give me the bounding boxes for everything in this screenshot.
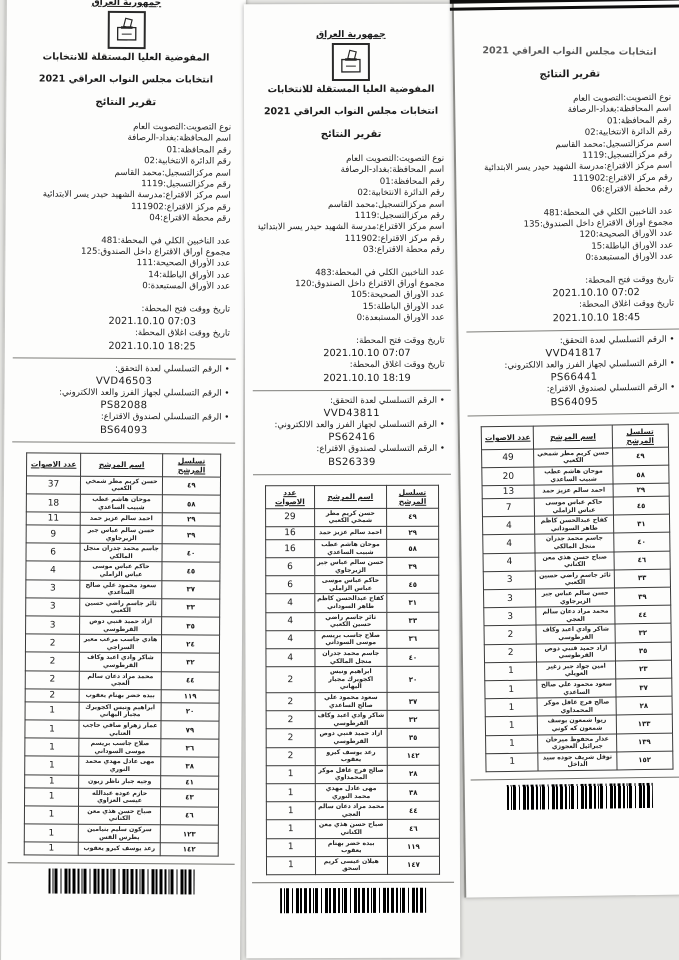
candidate-name-cell: صباح حسن هذي معن الكناني — [535, 552, 614, 571]
candidate-serial-cell: ٤١ — [160, 775, 218, 788]
stat-line: عدد الأوراق المستبعدة:0 — [259, 313, 445, 325]
candidate-name-cell: حسن كريم مطر شمخي الكعبي — [314, 508, 387, 526]
vote-count-cell: 7 — [482, 498, 534, 517]
candidate-serial-cell: ١٣٣ — [616, 715, 672, 734]
candidate-serial-cell: ٣٣ — [162, 599, 220, 618]
vote-count-cell: 1 — [486, 716, 538, 735]
candidate-serial-cell: ١٢٣ — [160, 825, 218, 844]
candidate-name-cell: وجيه جبار ناظر زبون — [79, 775, 161, 788]
candidate-name-cell: حازم عوده عبدالله عيسى العزاوي — [79, 788, 161, 807]
result-row: ٢٤هادي جاسب مرعب معير السراجي2 — [25, 634, 219, 653]
page-content: انتخابات مجلس النواب العراقي 2021 تقرير … — [454, 0, 679, 817]
result-report-page-station-04: جمهورية العراق المفوضية العليا المستقلة … — [0, 0, 246, 960]
result-report-page-station-06: انتخابات مجلس النواب العراقي 2021 تقرير … — [452, 0, 679, 898]
candidate-serial-cell: ٣٦ — [161, 739, 219, 758]
candidate-serial-cell: ٣٧ — [387, 692, 439, 710]
results-header-row: تسلسل المرشح اسم المرشح عدد الاصوات — [266, 485, 439, 508]
candidate-name-cell: موحان هاشم عطب شبيب الساعدي — [534, 466, 613, 485]
report-title: تقرير النتائج — [461, 68, 679, 82]
result-row: ١١٩بيده خضر بهنام يعقوب2 — [25, 689, 219, 703]
col-header-candidate-name: اسم المرشح — [81, 453, 163, 476]
candidate-serial-cell: ٢٤ — [161, 635, 219, 654]
detail-line: رقم محطة الاقتراع:06 — [470, 184, 672, 198]
candidate-serial-cell: ٢٨ — [387, 765, 439, 783]
result-row: ٤٣حازم عوده عبدالله عيسى العزاوي1 — [24, 787, 218, 806]
col-header-candidate-serial: تسلسل المرشح — [612, 424, 668, 448]
candidate-name-cell: بيده خضر بهنام يعقوب — [315, 838, 388, 856]
col-header-candidate-name: اسم المرشح — [314, 485, 387, 508]
candidate-name-cell: ازاد حميد قنبي دوص القرطوسي — [537, 643, 616, 662]
stat-line: عدد الأوراق المستبعدة:0 — [471, 252, 673, 266]
result-row: ٤٦صباح حسن هذي معن الكناني1 — [24, 806, 218, 825]
result-row: ٢٨صالح فرج غافل موكر المحمداوي1 — [266, 765, 439, 784]
vote-count-cell: 1 — [267, 838, 315, 856]
result-row: ١١٩بيده خضر بهنام يعقوب1 — [267, 838, 440, 857]
vote-count-cell: 4 — [483, 535, 535, 554]
close-time-value: 2021.10.10 18:45 — [472, 310, 674, 326]
candidate-serial-cell: ٣٢ — [387, 710, 439, 728]
candidate-name-cell: حسن كريم مطر شمخي الكعبي — [81, 476, 163, 495]
vote-count-cell: 2 — [25, 634, 80, 653]
barcode — [48, 869, 194, 895]
candidate-name-cell: احمد سالم عزيز حمد — [314, 526, 387, 539]
result-row: ١٤٢رعد يوسف كيرو يعقوب2 — [266, 747, 439, 766]
result-row: ٤٥حاكم عباس موسى عباس الزاملي4 — [26, 561, 220, 580]
candidate-name-cell: رعد يوسف كيرو يعقوب — [78, 842, 160, 855]
commission-name: المفوضية العليا المستقلة للانتخابات — [250, 84, 452, 96]
candidate-name-cell: رعد يوسف كيرو يعقوب — [315, 747, 388, 765]
serial-value-ballot_box: BS26339 — [259, 455, 445, 468]
result-row: ٢٠ابراهيم ونيس اكجويرك مجيار اليهاني1 — [25, 702, 219, 721]
candidate-serial-cell: ١١٩ — [387, 838, 439, 856]
candidate-serial-cell: ٣٨ — [161, 757, 219, 776]
candidate-name-cell: محمد مراد دعان سالم العجي — [79, 671, 161, 690]
barcode-section — [7, 862, 234, 901]
stat-line: عدد الأوراق الباطلة:15 — [259, 302, 445, 314]
vote-count-cell: 20 — [482, 467, 534, 486]
candidate-serial-cell: ٣٧ — [162, 580, 220, 599]
result-row: ٣٦صلاح جاسب بريسم موسى السوداني1 — [25, 738, 219, 757]
candidate-serial-cell: ٣١ — [387, 594, 439, 612]
results-table: تسلسل المرشح اسم المرشح عدد الاصوات ٤٩حس… — [265, 484, 440, 875]
serial-value-ballot_box: BS64095 — [473, 394, 675, 410]
col-header-candidate-serial: تسلسل المرشح — [162, 453, 220, 476]
barcode — [507, 783, 653, 810]
candidate-serial-cell: ٥٨ — [613, 465, 669, 484]
vote-count-cell: 16 — [266, 527, 314, 540]
candidate-serial-cell: ٤٩ — [387, 508, 439, 526]
candidate-name-cell: مهى عادل مهدي محمد النوري — [79, 757, 161, 776]
serial-numbers: • الرقم التسلسلي لعدة التحقق:VVD43811• ا… — [251, 395, 453, 469]
candidate-name-cell: ازاد حميد قنبي دوص القرطوسي — [315, 729, 388, 747]
result-row: ٤١وجيه جبار ناظر زبون1 — [25, 774, 219, 788]
candidate-serial-cell: ٣٥ — [615, 642, 671, 661]
result-report-page-station-03: جمهورية العراق المفوضية العليا المستقلة … — [244, 4, 460, 959]
candidate-serial-cell: ٥٨ — [387, 539, 439, 557]
vote-count-cell: 3 — [25, 616, 80, 635]
candidate-name-cell: سعود محمود علي صالح الساعدي — [80, 580, 162, 599]
results-table: تسلسل المرشح اسم المرشح عدد الاصوات ٤٩حس… — [24, 452, 222, 857]
vote-count-cell: 4 — [26, 561, 81, 580]
candidate-name-cell: حاكم عباس موسى عباس الزاملي — [80, 562, 162, 581]
station-details: نوع التصويت:التصويت العاماسم المحافظة:بغ… — [12, 121, 240, 225]
vote-count-cell: 3 — [26, 598, 81, 617]
serial-value-counting_device: PS62416 — [259, 431, 445, 444]
candidate-name-cell: شاكر وادي اعبد وكاف القرطوسي — [536, 624, 615, 643]
candidate-serial-cell: ٤٦ — [614, 551, 670, 570]
result-row: ٣٣ثائر جاسم راضي حسين الكعبي4 — [266, 612, 439, 631]
candidate-serial-cell: ٤٠ — [162, 544, 220, 563]
candidate-name-cell: عمار زهراو صافي حاجب العتابي — [79, 720, 161, 739]
candidate-name-cell: موحان هاشم عطب شبيب الساعدي — [81, 494, 163, 513]
candidate-serial-cell: ١٣٩ — [616, 733, 672, 752]
candidate-serial-cell: ٤٤ — [615, 605, 671, 624]
candidate-name-cell: سعود محمود علي صالح الساعدي — [537, 679, 616, 698]
result-row: ٤٥حاكم عباس موسى عباس الزاملي6 — [266, 576, 439, 595]
vote-count-cell: 1 — [24, 842, 78, 855]
vote-count-cell: 1 — [24, 806, 79, 825]
result-row: ٣٨مهى عادل مهدي محمد النوري1 — [25, 756, 219, 775]
result-row: ٣٣ثائر جاسم راضي حسين الكعبي3 — [26, 598, 220, 617]
candidate-name-cell: سركون سليم بنيامين بطرس القس — [79, 824, 161, 843]
result-row: ٣٧سعود محمود علي صالح الساعدي3 — [26, 580, 220, 599]
ihec-ballot-box-icon — [332, 43, 370, 81]
station-details: نوع التصويت:التصويت العاماسم المحافظة:بغ… — [250, 154, 452, 257]
country-title: جمهورية العراق — [13, 0, 240, 9]
candidate-name-cell: شاكر وادي اعبد وكاف القرطوسي — [315, 711, 388, 729]
station-statistics: عدد الناخبين الكلي في المحطة:483مجموع أو… — [250, 267, 452, 325]
vote-count-cell: 1 — [267, 820, 315, 838]
candidate-serial-cell: ٤٥ — [162, 562, 220, 581]
detail-line: اسم المحافظة:بغداد-الرصافة — [258, 165, 444, 177]
candidate-name-cell: صالح فرج غافل موكر المحمداوي — [538, 697, 617, 716]
vote-count-cell: 1 — [25, 774, 79, 787]
vote-count-cell: 1 — [267, 856, 315, 874]
barcode-section — [252, 882, 454, 921]
candidate-serial-cell: ٢٠ — [387, 666, 439, 692]
candidate-name-cell: ابراهيم ونيس اكجويرك مجيار اليهاني — [79, 702, 161, 721]
serial-label-counting_device: • الرقم التسلسلي لجهاز الفرز والعد الالك… — [259, 420, 445, 432]
vote-count-cell: 4 — [483, 516, 535, 535]
vote-count-cell: 6 — [26, 543, 81, 562]
page-content: جمهورية العراق المفوضية العليا المستقلة … — [244, 4, 460, 920]
result-row: ٤٠جاسم محمد جدران منجل المالكي4 — [266, 648, 439, 667]
close-time-label: تاريخ ووقت اغلاق المحطة: — [259, 360, 445, 372]
candidate-serial-cell: ٢٠ — [161, 703, 219, 722]
vote-count-cell: 16 — [266, 540, 314, 558]
divider-line — [13, 357, 236, 359]
stat-line: عدد الناخبين الكلي في المحطة:483 — [258, 267, 444, 279]
result-row: ٤٦صباح حسن هذي معن الكناني1 — [267, 820, 440, 839]
vote-count-cell: 6 — [266, 576, 314, 594]
candidate-serial-cell: ١١٩ — [161, 690, 219, 703]
page-content: جمهورية العراق المفوضية العليا المستقلة … — [1, 0, 246, 902]
serial-value-ballot_box: BS64093 — [18, 423, 229, 437]
vote-count-cell: 11 — [26, 512, 80, 525]
vote-count-cell: 2 — [25, 671, 80, 690]
candidate-serial-cell: ٣٢ — [615, 624, 671, 643]
election-title-partial: انتخابات مجلس النواب العراقي 2021 — [460, 45, 678, 58]
barcode-section — [471, 776, 679, 817]
commission-name: المفوضية العليا المستقلة للانتخابات — [13, 51, 240, 63]
detail-line: اسم مركزالتسجيل:محمد القاسم — [258, 199, 444, 211]
divider-line — [12, 441, 235, 443]
vote-count-cell: 1 — [266, 765, 314, 783]
vote-count-cell: 37 — [26, 476, 81, 495]
candidate-name-cell: حاكم عباس موسى عباس الزاملي — [314, 576, 387, 594]
result-row: ٤٤محمد مراد دعان سالم العجي1 — [266, 801, 439, 820]
candidate-serial-cell: ٤٠ — [614, 533, 670, 552]
candidate-serial-cell: ٣٣ — [387, 612, 439, 630]
vote-count-cell: 1 — [486, 753, 538, 772]
candidate-name-cell: صباح حسن هذي معن الكناني — [79, 806, 161, 825]
vote-count-cell: 3 — [484, 571, 536, 590]
candidate-serial-cell: ٤٣ — [160, 788, 218, 807]
candidate-serial-cell: ٤٦ — [387, 820, 439, 838]
candidate-serial-cell: ٤٦ — [160, 806, 218, 825]
candidate-name-cell: كفاح عبدالحسن كاظم طاهر السوداني — [314, 594, 387, 612]
result-row: ٣٢شاكر وادي اعبد وكاف القرطوسي2 — [25, 652, 219, 671]
detail-line: رقم محطة الاقتراع:04 — [20, 213, 231, 226]
vote-count-cell: 3 — [484, 607, 536, 626]
vote-count-cell: 1 — [24, 824, 79, 843]
vote-count-cell: 1 — [266, 802, 314, 820]
candidate-name-cell: هيلان عيسى كريم اسحق — [315, 856, 388, 874]
candidate-serial-cell: ٤٩ — [612, 447, 668, 466]
close-time-value: 2021.10.10 18:25 — [19, 339, 230, 353]
ihec-ballot-box-icon — [107, 11, 145, 49]
candidate-serial-cell: ٣٧ — [616, 678, 672, 697]
candidate-serial-cell: ٥٨ — [162, 495, 220, 514]
vote-count-cell: 2 — [25, 652, 80, 671]
open-time-value: 2021.10.10 07:07 — [259, 347, 445, 360]
vote-count-cell: 4 — [266, 630, 314, 648]
result-row: ٢٩احمد سالم عزيز حمد11 — [26, 512, 220, 526]
vote-count-cell: 2 — [25, 689, 79, 702]
candidate-serial-cell: ١٥٢ — [617, 751, 673, 770]
election-title: انتخابات مجلس النواب العراقي 2021 — [250, 106, 452, 118]
open-close-times: تاريخ ووقت فتح المحطة:2021.10.10 07:02تا… — [464, 274, 679, 326]
station-statistics: عدد الناخبين الكلي في المحطة:481مجموع أو… — [11, 235, 238, 293]
vote-count-cell: 18 — [26, 494, 81, 513]
vote-count-cell: 3 — [26, 580, 81, 599]
result-row: ١٤٧هيلان عيسى كريم اسحق1 — [267, 856, 440, 875]
results-table: تسلسل المرشح اسم المرشح عدد الاصوات ٤٩حس… — [481, 423, 673, 772]
detail-line: رقم مركزالتسجيل:1119 — [258, 211, 444, 223]
barcode — [280, 888, 426, 913]
candidate-serial-cell: ٤٥ — [613, 496, 669, 515]
stat-line: عدد الأوراق المستبعدة:0 — [19, 281, 230, 294]
candidate-name-cell: حسن سالم عباس جبر الزيرجاوي — [536, 588, 615, 607]
report-title: تقرير النتائج — [12, 96, 239, 108]
candidate-serial-cell: ٤٥ — [387, 576, 439, 594]
candidate-name-cell: ثائر جاسم راضي حسين الكعبي — [314, 612, 387, 630]
report-header: جمهورية العراق المفوضية العليا المستقلة … — [250, 30, 452, 118]
candidate-serial-cell: ٤٩ — [162, 476, 220, 495]
candidate-serial-cell: ٣٩ — [387, 557, 439, 575]
report-header: جمهورية العراق المفوضية العليا المستقلة … — [12, 0, 240, 86]
result-row: ٢٩احمد سالم عزيز حمد16 — [266, 526, 439, 539]
result-row: ٥٨موحان هاشم عطب شبيب الساعدي16 — [266, 539, 439, 558]
result-row: ٧٩عمار زهراو صافي حاجب العتابي1 — [25, 720, 219, 739]
candidate-name-cell: ازاد حميد قنبي دوص القرطوسي — [80, 616, 162, 635]
station-details: نوع التصويت:التصويت العاماسم المحافظة:بغ… — [461, 92, 679, 198]
vote-count-cell: 1 — [25, 738, 80, 757]
result-row: ٣٥ازاد حميد قنبي دوص القرطوسي3 — [25, 616, 219, 635]
candidate-name-cell: هادي جاسب مرعب معير السراجي — [80, 634, 162, 653]
vote-count-cell: 1 — [486, 735, 538, 754]
candidate-serial-cell: ٣٩ — [162, 526, 220, 545]
detail-line: رقم المحافظة:01 — [258, 177, 444, 189]
candidate-serial-cell: ٢٩ — [162, 513, 220, 526]
result-row: ٣٧سعود محمود علي صالح الساعدي2 — [266, 692, 439, 711]
result-row: ١٤٢رعد يوسف كيرو يعقوب1 — [24, 842, 218, 856]
vote-count-cell: 1 — [485, 662, 537, 681]
candidate-name-cell: محمد مراد دعان سالم العجي — [315, 802, 388, 820]
candidate-name-cell: ابراهيم ونيس اكجويرك مجيار اليهاني — [315, 667, 388, 693]
result-row: ٣١كفاح عبدالحسن كاظم طاهر السوداني4 — [266, 594, 439, 613]
candidate-name-cell: نوفل شريف جوده سيد الداخل — [538, 752, 617, 771]
result-row: ١٥٢نوفل شريف جوده سيد الداخل1 — [486, 751, 673, 772]
candidate-name-cell: صلاح جاسب بريسم موسى السوداني — [79, 738, 161, 757]
open-close-times: تاريخ ووقت فتح المحطة:2021.10.10 07:07تا… — [251, 335, 453, 384]
results-header-row: تسلسل المرشح اسم المرشح عدد الاصوات — [481, 424, 668, 450]
col-header-candidate-name: اسم المرشح — [534, 425, 613, 449]
close-time-value: 2021.10.10 18:19 — [259, 371, 445, 384]
result-row: ١٢٣سركون سليم بنيامين بطرس القس1 — [24, 824, 218, 843]
col-header-votes: عدد الاصوات — [481, 426, 534, 450]
candidate-name-cell: كفاح عبدالحسن كاظم طاهر السوداني — [535, 515, 614, 534]
station-statistics: عدد الناخبين الكلي في المحطة:481مجموع أو… — [463, 206, 679, 266]
vote-count-cell: 2 — [485, 644, 537, 663]
scanned-documents-canvas: جمهورية العراق المفوضية العليا المستقلة … — [0, 0, 679, 960]
result-row: ٥٨موحان هاشم عطب شبيب الساعدي18 — [26, 494, 220, 513]
candidate-name-cell: حسن كريم مطر شمخي الكعبي — [534, 448, 613, 467]
candidate-serial-cell: ٤٤ — [387, 801, 439, 819]
candidate-name-cell: صباح حسن هذي معن الكناني — [315, 820, 388, 838]
vote-count-cell: 29 — [266, 508, 314, 526]
divider-line — [466, 328, 679, 332]
vote-count-cell: 6 — [266, 558, 314, 576]
vote-count-cell: 49 — [482, 449, 534, 468]
open-close-times: تاريخ ووقت فتح المحطة:2021.10.10 07:03تا… — [11, 303, 238, 353]
candidate-serial-cell: ٤٤ — [161, 671, 219, 690]
candidate-name-cell: امين جواد جبر زغير العويلي — [537, 661, 616, 680]
vote-count-cell: 2 — [266, 711, 314, 729]
vote-count-cell: 4 — [266, 649, 314, 667]
candidate-name-cell: بيده خضر بهنام يعقوب — [79, 689, 161, 702]
candidate-name-cell: ثائر جاسم راضي حسين الكعبي — [80, 598, 162, 617]
divider-line — [253, 389, 451, 391]
detail-line: اسم مركز الاقتراع:مدرسة الشهيد حيدر يسر … — [20, 190, 231, 203]
vote-count-cell: 13 — [482, 485, 534, 499]
candidate-serial-cell: ٢٩ — [613, 483, 669, 497]
candidate-serial-cell: ٣٥ — [387, 729, 439, 747]
vote-count-cell: 2 — [266, 747, 314, 765]
divider-line — [468, 412, 679, 416]
vote-count-cell: 4 — [266, 594, 314, 612]
divider-line — [253, 473, 451, 475]
col-header-votes: عدد الاصوات — [266, 485, 314, 508]
results-header-row: تسلسل المرشح اسم المرشح عدد الاصوات — [26, 453, 220, 477]
serial-value-counting_device: PS82088 — [18, 399, 229, 413]
candidate-name-cell: محمد مراد دعان سالم العجي — [536, 606, 615, 625]
candidate-serial-cell: ١٤٢ — [160, 843, 218, 856]
result-row: ٣٢شاكر وادي اعبد وكاف القرطوسي2 — [266, 710, 439, 729]
serial-label-ballot_box: • الرقم التسلسلي لصندوق الاقتراع: — [259, 444, 445, 456]
candidate-name-cell: حاكم عباس موسى عباس الزاملي — [535, 497, 614, 516]
candidate-serial-cell: ٢٨ — [616, 696, 672, 715]
result-row: ٤٩حسن كريم مطر شمخي الكعبي29 — [266, 508, 439, 527]
vote-count-cell: 4 — [483, 553, 535, 572]
vote-count-cell: 2 — [484, 625, 536, 644]
result-row: ٣٨مهى عادل مهدي محمد النوري1 — [266, 783, 439, 802]
result-row: ٤٠جاسم محمد جدران منجل المالكي6 — [26, 543, 220, 562]
serial-numbers: • الرقم التسلسلي لعدة التحقق:VVD46503• ا… — [10, 363, 237, 438]
vote-count-cell: 1 — [485, 680, 537, 699]
candidate-name-cell: جاسم محمد جدران منجل المالكي — [314, 648, 387, 666]
candidate-name-cell: شاكر وادي اعبد وكاف القرطوسي — [80, 653, 162, 672]
vote-count-cell: 2 — [266, 667, 314, 693]
candidate-name-cell: موحان هاشم عطب شبيب الساعدي — [314, 539, 387, 557]
stat-line: عدد الأوراق الصحيحة:105 — [259, 290, 445, 302]
candidate-serial-cell: ٣٦ — [387, 630, 439, 648]
result-row: ٣٩حسن سالم عباس جبر الزيرجاوي9 — [26, 525, 220, 544]
result-row: ٣٩حسن سالم عباس جبر الزيرجاوي6 — [266, 557, 439, 576]
result-row: ٢٠ابراهيم ونيس اكجويرك مجيار اليهاني2 — [266, 666, 439, 692]
col-header-candidate-serial: تسلسل المرشح — [387, 485, 439, 508]
serial-label-verification: • الرقم التسلسلي لعدة التحقق: — [259, 395, 445, 407]
result-row: ٣٥ازاد حميد قنبي دوص القرطوسي2 — [266, 729, 439, 748]
candidate-name-cell: سعود محمود علي صالح الساعدي — [315, 692, 388, 710]
candidate-serial-cell: ٤٠ — [387, 648, 439, 666]
vote-count-cell: 1 — [485, 698, 537, 717]
candidate-serial-cell: ١٤٢ — [387, 747, 439, 765]
candidate-serial-cell: ٣١ — [613, 514, 669, 533]
serial-value-verification: VVD46503 — [19, 374, 230, 388]
candidate-serial-cell: ٣٣ — [614, 569, 670, 588]
candidate-name-cell: ثائر جاسم راضي حسين الكعبي — [536, 570, 615, 589]
vote-count-cell: 4 — [266, 612, 314, 630]
candidate-serial-cell: ٣٢ — [161, 653, 219, 672]
country-title: جمهورية العراق — [250, 30, 452, 41]
vote-count-cell: 1 — [266, 784, 314, 802]
candidate-serial-cell: ٢٩ — [387, 526, 439, 539]
candidate-name-cell: ريوا شمعون يوسف شمعون كه كوني — [538, 715, 617, 734]
vote-count-cell: 2 — [266, 693, 314, 711]
result-row: ٣٦صلاح جاسب بريسم موسى السوداني4 — [266, 630, 439, 649]
candidate-name-cell: عذار محفوظ ميرخان جبرائيل العجوزي — [538, 733, 617, 752]
candidate-name-cell: حسن سالم عباس جبر الزيرجاوي — [314, 558, 387, 576]
vote-count-cell: 9 — [26, 525, 81, 544]
candidate-serial-cell: ٢٣ — [615, 660, 671, 679]
election-title: انتخابات مجلس النواب العراقي 2021 — [12, 73, 239, 85]
vote-count-cell: 2 — [266, 729, 314, 747]
vote-count-cell: 3 — [484, 589, 536, 608]
candidate-name-cell: صلاح جاسب بريسم موسى السوداني — [314, 630, 387, 648]
candidate-name-cell: احمد سالم عزيز حمد — [535, 484, 613, 498]
result-row: ٤٩حسن كريم مطر شمخي الكعبي37 — [26, 476, 220, 495]
candidate-name-cell: احمد سالم عزيز حمد — [80, 512, 162, 525]
report-title: تقرير النتائج — [250, 129, 452, 141]
candidate-name-cell: صالح فرج غافل موكر المحمداوي — [315, 765, 388, 783]
vote-count-cell: 1 — [25, 720, 80, 739]
report-header-partial: انتخابات مجلس النواب العراقي 2021 — [460, 45, 678, 59]
candidate-serial-cell: ٣٩ — [614, 587, 670, 606]
candidate-name-cell: جاسم محمد جدران منجل المالكي — [80, 544, 162, 563]
open-time-value: 2021.10.10 07:03 — [19, 314, 230, 328]
result-row: ٤٤محمد مراد دعان سالم العجي2 — [25, 671, 219, 690]
